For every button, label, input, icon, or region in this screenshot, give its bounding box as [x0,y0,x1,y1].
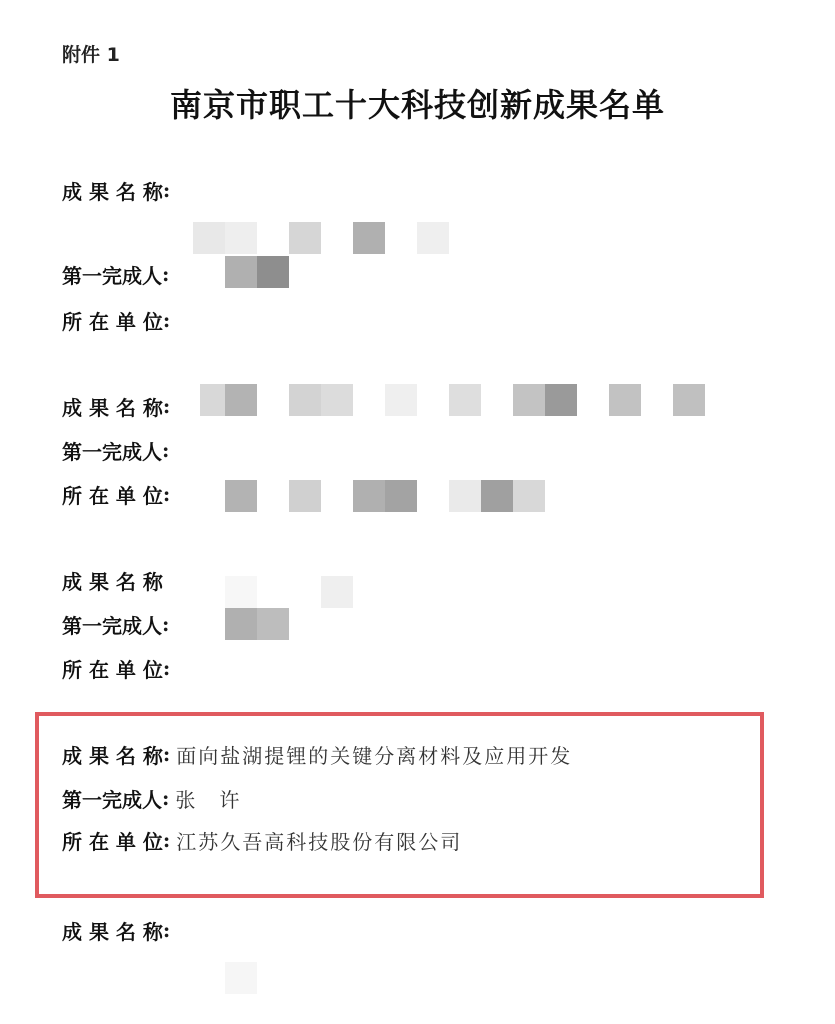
colon: : [162,438,169,462]
first-completer-label: 第一完成人 [62,436,162,465]
first-completer-label: 第一完成人 [62,260,162,289]
redaction-mosaic [385,480,417,512]
colon: : [162,612,169,636]
redaction-mosaic [225,222,257,254]
unit-label: 所 在 单 位 [62,654,163,683]
entry-3-name-row: 成 果 名 称 [62,564,163,596]
first-completer-value: 张 许 [175,784,241,813]
first-completer-label: 第一完成人 [62,610,162,639]
unit-label: 所 在 单 位 [62,306,163,335]
redaction-mosaic [225,608,257,640]
unit-label: 所 在 单 位 [62,480,163,509]
redaction-mosaic [225,962,257,994]
achievement-name-label: 成 果 名 称 [62,176,163,205]
colon: : [163,656,170,680]
redaction-mosaic [257,256,289,288]
redaction-mosaic [449,480,481,512]
entry-4-completer-row: 第一完成人: 张 许 [62,782,241,814]
entry-2-unit-row: 所 在 单 位: [62,478,176,510]
redaction-mosaic [257,608,289,640]
colon: : [163,918,170,942]
redaction-mosaic [609,384,641,416]
colon: : [162,262,169,286]
entry-3-completer-row: 第一完成人: [62,608,175,640]
entry-1-unit-row: 所 在 单 位: [62,304,176,336]
entry-2-name-row: 成 果 名 称: [62,390,176,422]
redaction-mosaic [481,480,513,512]
entry-1-completer-row: 第一完成人: [62,258,175,290]
redaction-mosaic [673,384,705,416]
first-completer-label: 第一完成人 [62,784,162,813]
document-title: 南京市职工十大科技创新成果名单 [0,80,835,126]
achievement-name-label: 成 果 名 称 [62,916,163,945]
redaction-mosaic [545,384,577,416]
redaction-mosaic [513,384,545,416]
entry-2-completer-row: 第一完成人: [62,434,175,466]
entry-1-name-row: 成 果 名 称: [62,174,176,206]
achievement-name-label: 成 果 名 称 [62,740,163,769]
redaction-mosaic [353,480,385,512]
attachment-label: 附件 1 [62,40,120,67]
redaction-mosaic [417,222,449,254]
redaction-mosaic [321,384,353,416]
colon: : [163,178,170,202]
redaction-mosaic [449,384,481,416]
colon: : [162,786,169,810]
entry-4-unit-row: 所 在 单 位: 江苏久吾高科技股份有限公司 [62,824,462,856]
colon: : [163,482,170,506]
entry-4-name-row: 成 果 名 称: 面向盐湖提锂的关键分离材料及应用开发 [62,738,572,770]
redaction-mosaic [289,222,321,254]
colon: : [163,394,170,418]
redaction-mosaic [225,384,257,416]
redaction-mosaic [225,576,257,608]
colon: : [163,828,170,852]
redaction-mosaic [289,384,321,416]
redaction-mosaic [353,222,385,254]
redaction-mosaic [225,480,257,512]
colon: : [163,308,170,332]
redaction-mosaic [321,576,353,608]
entry-3-unit-row: 所 在 单 位: [62,652,176,684]
colon: : [163,742,170,766]
redaction-mosaic [225,256,257,288]
achievement-name-value: 面向盐湖提锂的关键分离材料及应用开发 [176,740,572,769]
entry-5-name-row: 成 果 名 称: [62,914,176,946]
redaction-mosaic [289,480,321,512]
redaction-mosaic [200,384,225,416]
achievement-name-label: 成 果 名 称 [62,392,163,421]
redaction-mosaic [193,222,225,254]
redaction-mosaic [513,480,545,512]
redaction-mosaic [385,384,417,416]
unit-value: 江苏久吾高科技股份有限公司 [176,826,462,855]
unit-label: 所 在 单 位 [62,826,163,855]
achievement-name-label: 成 果 名 称 [62,566,163,595]
